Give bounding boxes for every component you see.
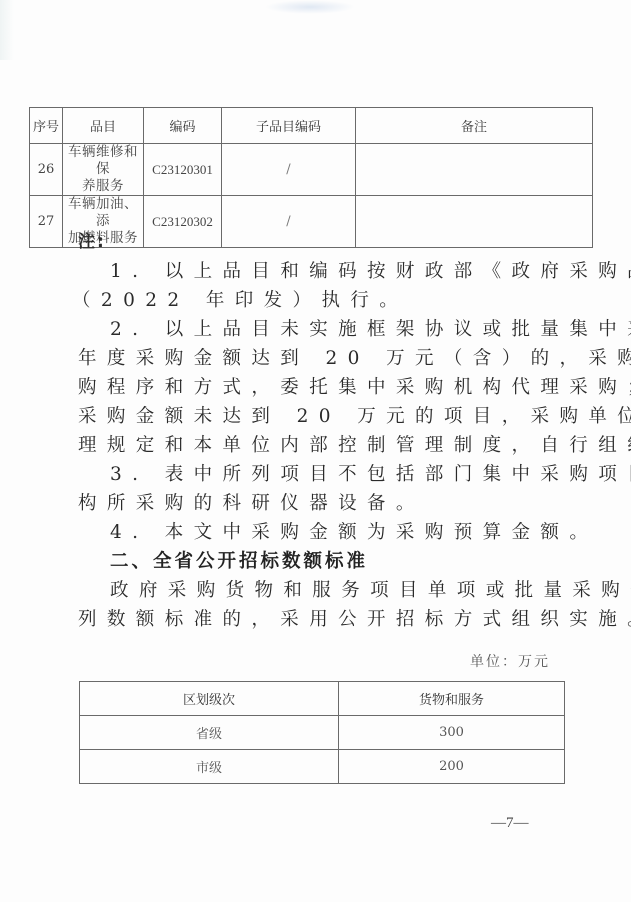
notes-label: 注:: [78, 228, 548, 257]
note-line: 理规定和本单位内部控制管理制度，自行组织采购。: [78, 431, 548, 460]
cell-item: 车辆维修和保 养服务: [63, 144, 144, 196]
table-row: 省级 300: [80, 716, 565, 750]
section-paragraph-line: 政府采购货物和服务项目单项或批量采购金额达到下表所: [110, 576, 580, 605]
note-line: 构所采购的科研仪器设备。: [78, 489, 548, 518]
note-line: 采购金额未达到 20 万元的项目，采购单位可以按照预算支出管: [78, 402, 548, 431]
cell-seq: 26: [30, 144, 63, 196]
cell-item-line2: 养服务: [63, 178, 143, 195]
note-line: 购程序和方式，委托集中采购机构代理采购；单项或批量年度: [78, 373, 548, 402]
note-line: （2022 年印发）执行。: [72, 286, 542, 315]
cell-code: C23120301: [144, 144, 222, 196]
cell-value: 300: [339, 716, 565, 750]
cell-item-line1: 车辆维修和保: [63, 144, 143, 178]
header-seq: 序号: [30, 108, 63, 144]
catalog-table: 序号 品目 编码 子品目编码 备注 26 车辆维修和保 养服务 C2312030…: [29, 107, 593, 248]
header-remarks: 备注: [356, 108, 593, 144]
header-sub-code: 子品目编码: [222, 108, 356, 144]
cell-value: 200: [339, 750, 565, 784]
table-row: 26 车辆维修和保 养服务 C23120301 /: [30, 144, 593, 196]
unit-label: 单位：万元: [470, 651, 550, 671]
header-item: 品目: [63, 108, 144, 144]
page-number: —7—: [491, 815, 529, 832]
section-paragraph-line: 列数额标准的，采用公开招标方式组织实施。: [78, 605, 548, 634]
note-line: 2. 以上品目未实施框架协议或批量集中采购且单项或批量: [110, 315, 580, 344]
table-header-row: 序号 品目 编码 子品目编码 备注: [30, 108, 593, 144]
note-line: 年度采购金额达到 20 万元（含）的，采购单位应当按照政府采: [78, 344, 548, 373]
table-header-row: 区划级次 货物和服务: [80, 682, 565, 716]
header-goods-services: 货物和服务: [339, 682, 565, 716]
cell-remarks: [356, 144, 593, 196]
document-page: 序号 品目 编码 子品目编码 备注 26 车辆维修和保 养服务 C2312030…: [0, 0, 631, 902]
cell-sub-code: /: [222, 144, 356, 196]
header-level: 区划级次: [80, 682, 339, 716]
header-code: 编码: [144, 108, 222, 144]
cell-item-line1: 车辆加油、添: [63, 196, 143, 230]
cell-seq: 27: [30, 196, 63, 248]
note-line: 3. 表中所列项目不包括部门集中采购项目和高校、科研机: [110, 460, 580, 489]
note-line: 1. 以上品目和编码按财政部《政府采购品目分类目录》: [110, 257, 580, 286]
cell-level: 省级: [80, 716, 339, 750]
scan-edge-shadow: [0, 0, 14, 60]
section-heading: 二、全省公开招标数额标准: [110, 547, 580, 576]
scan-artifact: [265, 0, 355, 14]
note-line: 4. 本文中采购金额为采购预算金额。: [110, 518, 580, 547]
table-row: 市级 200: [80, 750, 565, 784]
cell-level: 市级: [80, 750, 339, 784]
threshold-table: 区划级次 货物和服务 省级 300 市级 200: [79, 681, 565, 784]
